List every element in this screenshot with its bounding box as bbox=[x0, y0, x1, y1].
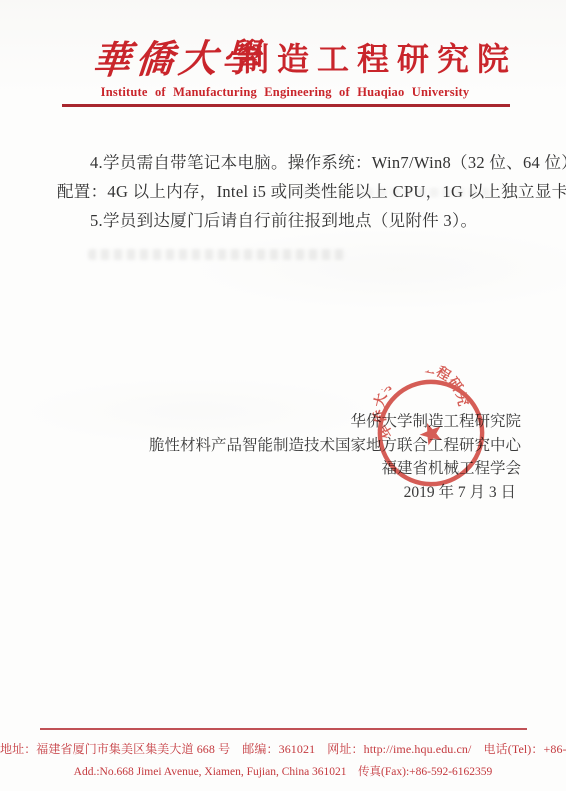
signature-date: 2019 年 7 月 3 日 bbox=[149, 481, 521, 505]
body-line: 4.学员需自带笔记本电脑。操作系统：Win7/Win8（32 位、64 位）；推… bbox=[57, 148, 511, 177]
scan-artifact bbox=[88, 249, 346, 260]
footer-contact-en: Add.:No.668 Jimei Avenue, Xiamen, Fujian… bbox=[0, 763, 566, 779]
institute-title: 制造工程研究院 bbox=[237, 34, 517, 80]
seal-arc-text: 华侨大学制造工程研究院 bbox=[354, 356, 474, 448]
body-line: 5.学员到达厦门后请自行前往报到地点（见附件 3）。 bbox=[57, 206, 511, 235]
scan-artifact bbox=[300, 188, 490, 197]
star-icon bbox=[417, 419, 446, 447]
scanned-document-page: 華僑大學 制造工程研究院 Institute of Manufacturing … bbox=[0, 0, 566, 791]
institute-subtitle-english: Institute of Manufacturing Engineering o… bbox=[30, 85, 540, 100]
footer-divider bbox=[40, 728, 527, 730]
letterhead-divider bbox=[62, 104, 510, 107]
footer-contact-cn: 地址：福建省厦门市集美区集美大道 668 号 邮编：361021 网址：http… bbox=[0, 740, 566, 757]
svg-text:华侨大学制造工程研究院: 华侨大学制造工程研究院 bbox=[354, 356, 474, 448]
